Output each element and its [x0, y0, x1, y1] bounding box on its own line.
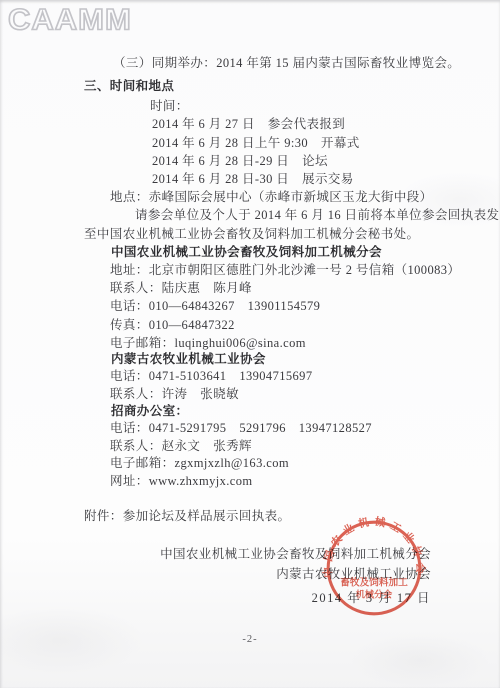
schedule-line: 2014 年 6 月 28 日上午 9:30 开幕式: [152, 136, 360, 151]
office-phone: 电话：0471-5291795 5291796 13947128527: [110, 421, 372, 436]
svg-text:中国农业机械工业协会: 中国农业机械工业协会: [321, 515, 427, 578]
stamp-inner-line1: 畜牧及饲料加工: [340, 576, 408, 588]
schedule-line: 2014 年 6 月 28 日-30 日 展示交易: [152, 172, 354, 187]
org1-name: 中国农业机械工业协会畜牧及饲料加工机械分会: [111, 245, 382, 260]
org2-contacts: 联系人：许涛 张晓敏: [110, 387, 239, 402]
attachment-line: 附件：参加论坛及样品展示回执表。: [84, 509, 290, 524]
org1-fax: 传真：010—64847322: [110, 318, 235, 333]
org1-phone: 电话：010—64843267 13901154579: [110, 299, 320, 314]
notice-line-1: 请参会单位及个人于 2014 年 6 月 16 日前将本单位参会回执表发: [135, 208, 499, 223]
time-label: 时间：: [150, 99, 189, 114]
schedule-line: 2014 年 6 月 27 日 参会代表报到: [152, 117, 345, 132]
office-website: 网址：www.zhxmyjx.com: [110, 474, 253, 489]
office-email: 电子邮箱：zgxmjxzlh@163.com: [110, 456, 289, 471]
notice-line-2: 至中国农业机械工业协会畜牧及饲料加工机械分会秘书处。: [84, 227, 419, 242]
org1-address: 地址：北京市朝阳区德胜门外北沙滩一号 2 号信箱（100083）: [110, 263, 460, 278]
stamp-inner-line2: 机械分会: [356, 589, 393, 600]
period-note-line: （三）同期举办：2014 年第 15 届内蒙古国际畜牧业博览会。: [113, 56, 460, 71]
org2-phone: 电话：0471-5103641 13904715697: [110, 369, 312, 384]
org1-contacts: 联系人：陆庆惠 陈月峰: [110, 281, 252, 296]
schedule-line: 2014 年 6 月 28 日-29 日 论坛: [152, 154, 328, 169]
org1-email: 电子邮箱：luqinghui006@sina.com: [110, 336, 306, 351]
org2-name: 内蒙古农牧业机械工业协会: [111, 352, 266, 367]
document-page: CAAMM （三）同期举办：2014 年第 15 届内蒙古国际畜牧业博览会。 三…: [0, 0, 500, 688]
office-name: 招商办公室：: [111, 404, 188, 419]
location-line: 地点：赤峰国际会展中心（赤峰市新城区玉龙大街中段）: [110, 190, 433, 205]
office-contacts: 联系人：赵永文 张秀辉: [110, 439, 252, 454]
stamp-arc-text: 中国农业机械工业协会: [321, 515, 427, 578]
section-heading: 三、时间和地点: [84, 79, 174, 94]
page-number: -2-: [0, 634, 500, 645]
red-seal-stamp: 中国农业机械工业协会 畜牧及饲料加工 机械分会: [318, 512, 430, 624]
caamm-logo: CAAMM: [8, 3, 132, 37]
